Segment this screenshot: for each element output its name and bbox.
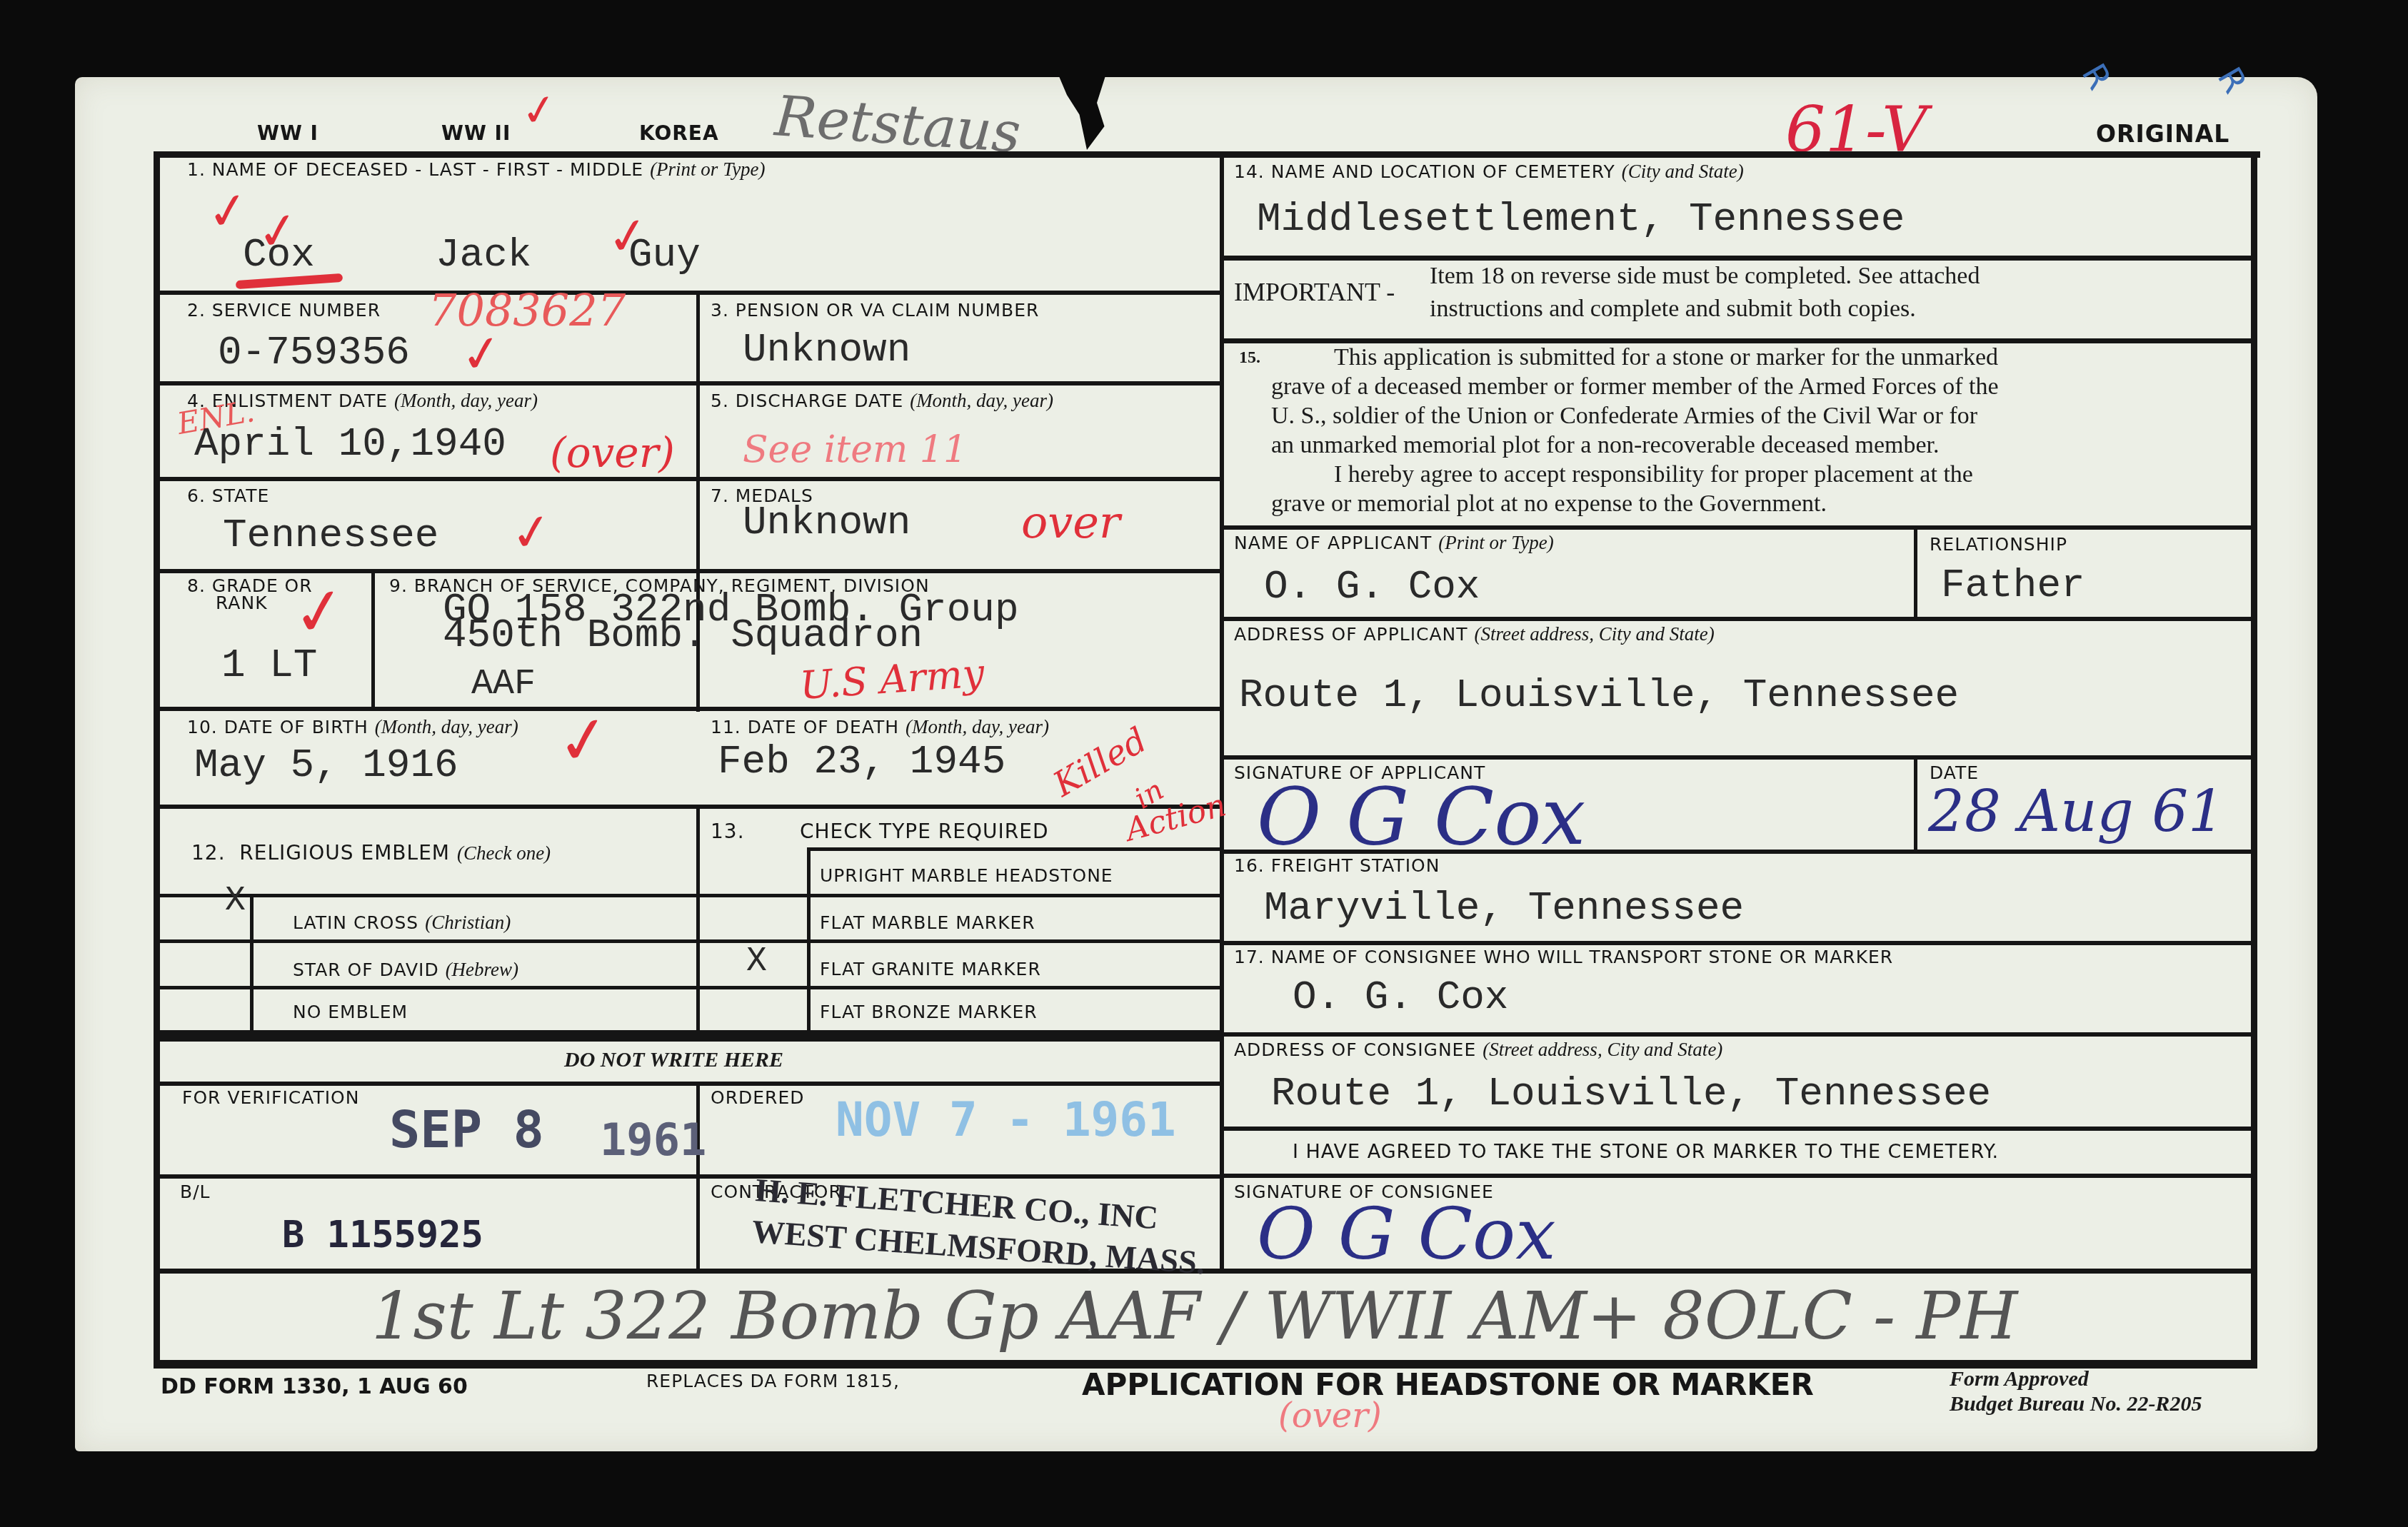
form-title: APPLICATION FOR HEADSTONE OR MARKER <box>1082 1367 1814 1402</box>
pension-label: 3. PENSION OR VA CLAIM NUMBER <box>711 300 1039 321</box>
ww2-checkmark-icon: ✓ <box>518 84 561 138</box>
budget-bureau-number: Budget Bureau No. 22-R205 <box>1950 1392 2202 1416</box>
rule-v <box>1914 755 1917 852</box>
statement-line: This application is submitted for a ston… <box>1334 344 1998 371</box>
rule <box>154 569 1223 573</box>
statement-num: 15. <box>1239 348 1260 368</box>
rule <box>154 986 1223 989</box>
consignee-value: O. G. Cox <box>1293 974 1508 1020</box>
deceased-first-name: Jack <box>436 232 531 278</box>
grade-value: 1 LT <box>221 642 317 688</box>
important-line2: instructions and complete and submit bot… <box>1430 296 1916 323</box>
branch-line3: AAF <box>471 664 536 705</box>
rule <box>807 847 1223 851</box>
relationship-value: Father <box>1941 563 2085 608</box>
ordered-label: ORDERED <box>711 1087 805 1108</box>
pension-value: Unknown <box>743 327 910 373</box>
branch-line2: 450th Bomb. Squadron <box>443 613 923 658</box>
statement-line: I hereby agree to accept responsibility … <box>1334 461 1973 488</box>
grade-label-line2: RANK <box>216 593 268 613</box>
ww2-label: WW II <box>441 121 511 145</box>
rule <box>1223 338 2255 343</box>
birth-value: May 5, 1916 <box>194 742 458 788</box>
do-not-write-here: DO NOT WRITE HERE <box>564 1048 783 1072</box>
rule-v <box>1914 525 1917 618</box>
applicant-signature: O G Cox <box>1257 771 1585 862</box>
type-option-flat-granite-marker[interactable]: FLAT GRANITE MARKER <box>820 959 1041 979</box>
rule-v <box>696 807 700 1032</box>
important-label: IMPORTANT - <box>1234 277 1395 307</box>
checkmark-icon: ✓ <box>507 500 556 564</box>
emblem-label: 12. RELIGIOUS EMBLEM (Check one) <box>191 841 551 865</box>
consignee-label: 17. NAME OF CONSIGNEE WHO WILL TRANSPORT… <box>1234 947 1893 967</box>
rule <box>1223 1174 2255 1178</box>
state-value: Tennessee <box>223 513 438 558</box>
korea-label: KOREA <box>639 121 719 145</box>
rule <box>154 707 1223 711</box>
verification-stamp-date: SEP 8 <box>389 1099 544 1159</box>
frame-right <box>2251 151 2257 1369</box>
statement-line: U. S., soldier of the Union or Confedera… <box>1271 403 1977 430</box>
emblem-option-star-of-david[interactable]: STAR OF DAVID (Hebrew) <box>293 959 518 981</box>
rule <box>1223 617 2255 621</box>
rule-v <box>250 894 254 1032</box>
emblem-mark-latin-cross[interactable]: X <box>225 882 246 920</box>
type-option-upright-marble-headstone[interactable]: UPRIGHT MARBLE HEADSTONE <box>820 865 1113 886</box>
consignee-address-value: Route 1, Louisville, Tennessee <box>1271 1071 1991 1117</box>
discharge-red-annotation: See item 11 <box>743 428 967 471</box>
death-label: 11. DATE OF DEATH (Month, day, year) <box>711 716 1049 738</box>
applicant-address-value: Route 1, Louisville, Tennessee <box>1239 672 1959 718</box>
rule <box>154 894 1223 897</box>
deceased-last-name: Cox <box>243 232 315 278</box>
death-value: Feb 23, 1945 <box>718 739 1005 785</box>
statement-line: grave of a deceased member or former mem… <box>1271 373 1999 400</box>
consignee-signature: O G Cox <box>1257 1192 1556 1276</box>
rule <box>154 381 1223 385</box>
statement-line: grave or memorial plot at no expense to … <box>1271 490 1827 518</box>
signature-date: 28 Aug 61 <box>1928 778 2224 845</box>
rule <box>1223 1127 2255 1131</box>
verification-label: FOR VERIFICATION <box>182 1087 359 1108</box>
rule <box>154 1269 2257 1274</box>
form-id: DD FORM 1330, 1 AUG 60 <box>161 1374 468 1399</box>
birth-label: 10. DATE OF BIRTH (Month, day, year) <box>187 716 518 738</box>
rule <box>1223 525 2255 530</box>
emblem-option-no-emblem[interactable]: NO EMBLEM <box>293 1002 408 1022</box>
remarks-pencil-note: 1st Lt 322 Bomb Gp AAF / WWII AM+ 8OLC -… <box>371 1278 2017 1354</box>
type-required-num: 13. <box>711 820 745 843</box>
discharge-label: 5. DISCHARGE DATE (Month, day, year) <box>711 390 1053 412</box>
agreement-text: I HAVE AGREED TO TAKE THE STONE OR MARKE… <box>1293 1141 1999 1163</box>
rule <box>1223 1032 2255 1037</box>
name-label: 1. NAME OF DECEASED - LAST - FIRST - MID… <box>187 158 766 181</box>
medals-value: Unknown <box>743 500 910 545</box>
form-approved: Form Approved <box>1950 1367 2089 1391</box>
verification-stamp-year: 1961 <box>600 1114 706 1166</box>
emblem-option-latin-cross[interactable]: LATIN CROSS (Christian) <box>293 912 511 934</box>
column-divider <box>1220 151 1224 1272</box>
important-line1: Item 18 on reverse side must be complete… <box>1430 263 1980 290</box>
service-number-value: 0-759356 <box>218 330 410 376</box>
frame-top <box>154 151 2260 158</box>
rule-thick <box>154 1030 1223 1042</box>
rule <box>154 1174 1223 1179</box>
enlistment-value: April 10,1940 <box>194 421 506 467</box>
rule <box>154 805 1223 809</box>
bl-value: B 1155925 <box>282 1214 483 1256</box>
checkmark-icon: ✓ <box>288 571 351 652</box>
rule <box>154 1082 1223 1086</box>
consignee-address-label: ADDRESS OF CONSIGNEE (Street address, Ci… <box>1234 1039 1722 1061</box>
bl-label: B/L <box>180 1181 211 1202</box>
rule <box>154 291 1223 295</box>
cemetery-value: Middlesettlement, Tennessee <box>1257 196 1905 242</box>
relationship-label: RELATIONSHIP <box>1930 534 2067 555</box>
copy-label: ORIGINAL <box>2096 120 2229 148</box>
rule <box>1223 755 2255 760</box>
rule <box>1223 941 2255 945</box>
rule-v <box>371 569 375 709</box>
rule-v <box>807 847 811 1032</box>
medals-red-annotation: over <box>1021 496 1120 548</box>
type-mark-flat-granite[interactable]: X <box>746 942 767 981</box>
enlistment-red-annotation: (over) <box>550 428 675 477</box>
state-label: 6. STATE <box>187 485 269 506</box>
rule <box>154 477 1223 481</box>
type-required-label: CHECK TYPE REQUIRED <box>800 820 1048 843</box>
freight-value: Maryville, Tennessee <box>1264 885 1744 931</box>
rule <box>154 939 1223 943</box>
applicant-address-label: ADDRESS OF APPLICANT (Street address, Ci… <box>1234 623 1715 645</box>
freight-label: 16. FREIGHT STATION <box>1234 855 1440 876</box>
applicant-name-value: O. G. Cox <box>1264 564 1480 610</box>
applicant-name-label: NAME OF APPLICANT (Print or Type) <box>1234 532 1554 554</box>
type-option-flat-marble-marker[interactable]: FLAT MARBLE MARKER <box>820 912 1035 933</box>
replaces-note: REPLACES DA FORM 1815, <box>646 1371 900 1391</box>
frame-left <box>154 151 160 1369</box>
footer-red-note: (over) <box>1278 1396 1382 1436</box>
rule <box>1223 256 2255 261</box>
checkmark-icon: ✓ <box>457 322 506 385</box>
service-number-label: 2. SERVICE NUMBER <box>187 300 381 321</box>
ordered-stamp: NOV 7 - 1961 <box>836 1092 1176 1147</box>
checkmark-icon: ✓ <box>552 700 616 781</box>
ww1-label: WW I <box>257 121 318 145</box>
type-option-flat-bronze-marker[interactable]: FLAT BRONZE MARKER <box>820 1002 1038 1022</box>
statement-line: an unmarked memorial plot for a non-reco… <box>1271 432 1940 459</box>
rule-v <box>696 1082 700 1271</box>
cemetery-label: 14. NAME AND LOCATION OF CEMETERY (City … <box>1234 161 1744 183</box>
deceased-middle-name: Guy <box>628 232 701 278</box>
